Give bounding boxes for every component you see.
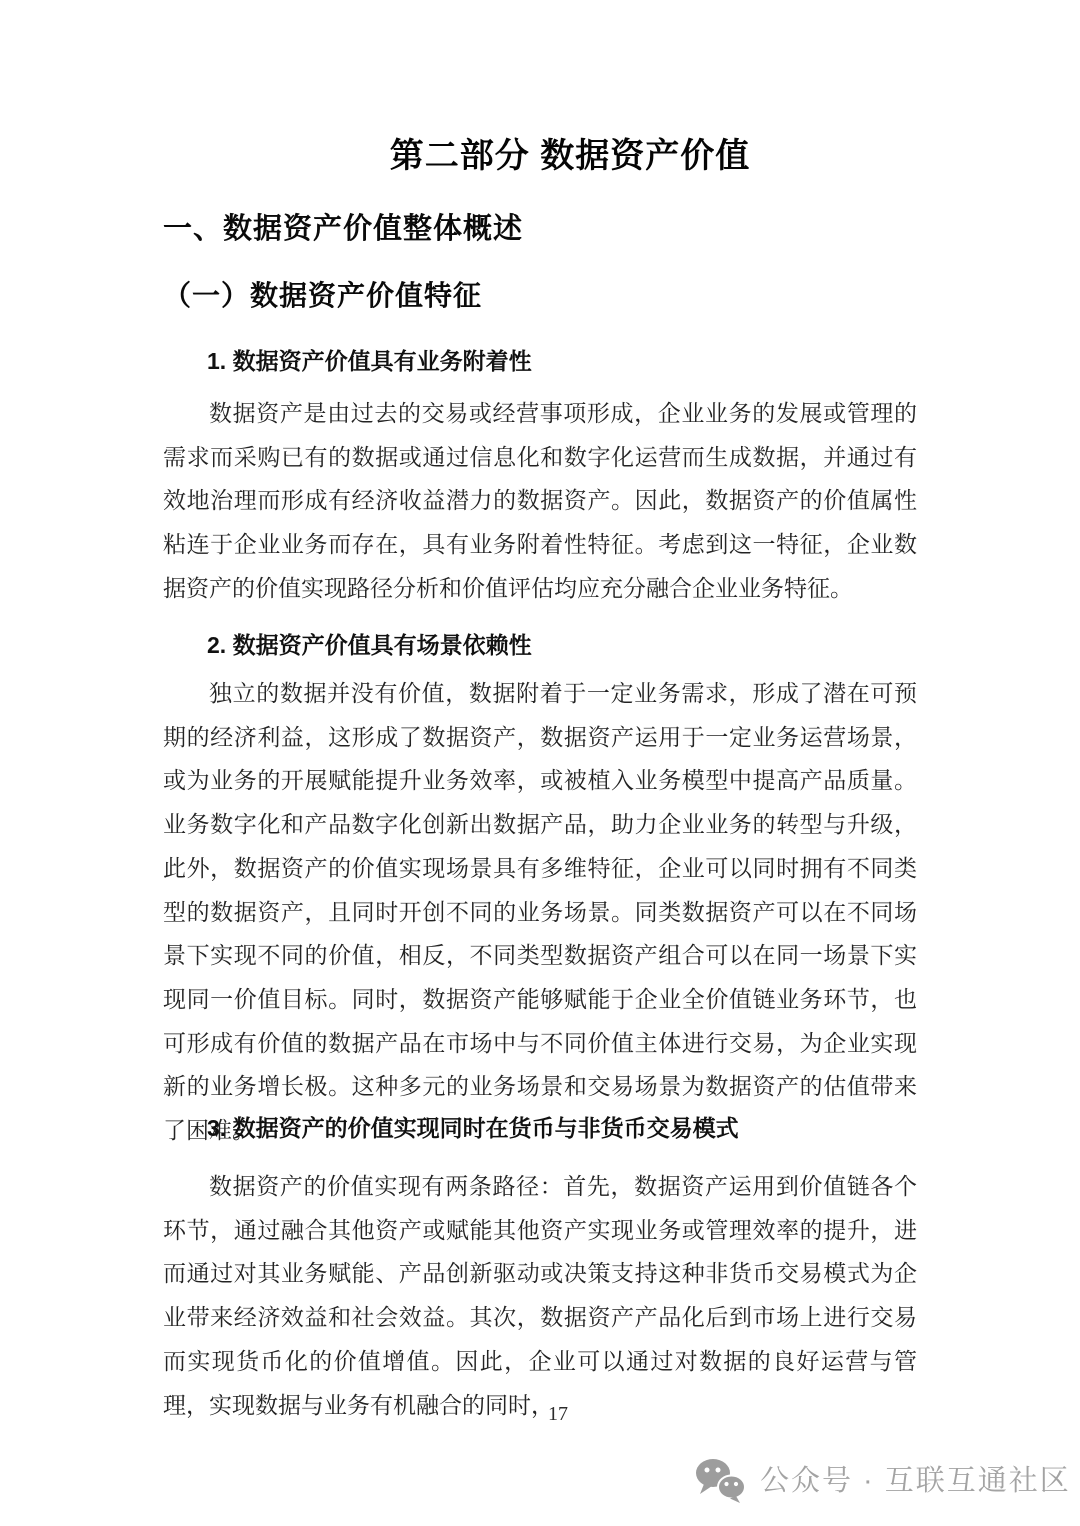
paragraph-monetary-modes: 数据资产的价值实现有两条路径：首先，数据资产运用到价值链各个环节，通过融合其他资…	[163, 1165, 917, 1427]
watermark: 公众号 · 互联互通社区	[694, 1458, 1071, 1504]
wechat-icon	[694, 1458, 748, 1504]
subsection-heading-value-features: （一）数据资产价值特征	[163, 279, 482, 313]
section-heading-overview: 一、数据资产价值整体概述	[163, 211, 523, 247]
paragraph-business-attachment: 数据资产是由过去的交易或经营事项形成，企业业务的发展或管理的需求而采购已有的数据…	[163, 392, 917, 611]
watermark-text: 公众号 · 互联互通社区	[760, 1459, 1071, 1503]
point-heading-3: 3. 数据资产的价值实现同时在货币与非货币交易模式	[207, 1113, 739, 1143]
paragraph-scenario-dependency: 独立的数据并没有价值，数据附着于一定业务需求，形成了潜在可预期的经济利益，这形成…	[163, 672, 917, 1153]
point-heading-2: 2. 数据资产价值具有场景依赖性	[207, 630, 532, 660]
document-page: 第二部分 数据资产价值 一、数据资产价值整体概述 （一）数据资产价值特征 1. …	[0, 0, 1080, 1526]
page-number: 17	[18, 1403, 1080, 1426]
point-heading-1: 1. 数据资产价值具有业务附着性	[207, 346, 532, 376]
page-title: 第二部分 数据资产价值	[163, 134, 917, 178]
